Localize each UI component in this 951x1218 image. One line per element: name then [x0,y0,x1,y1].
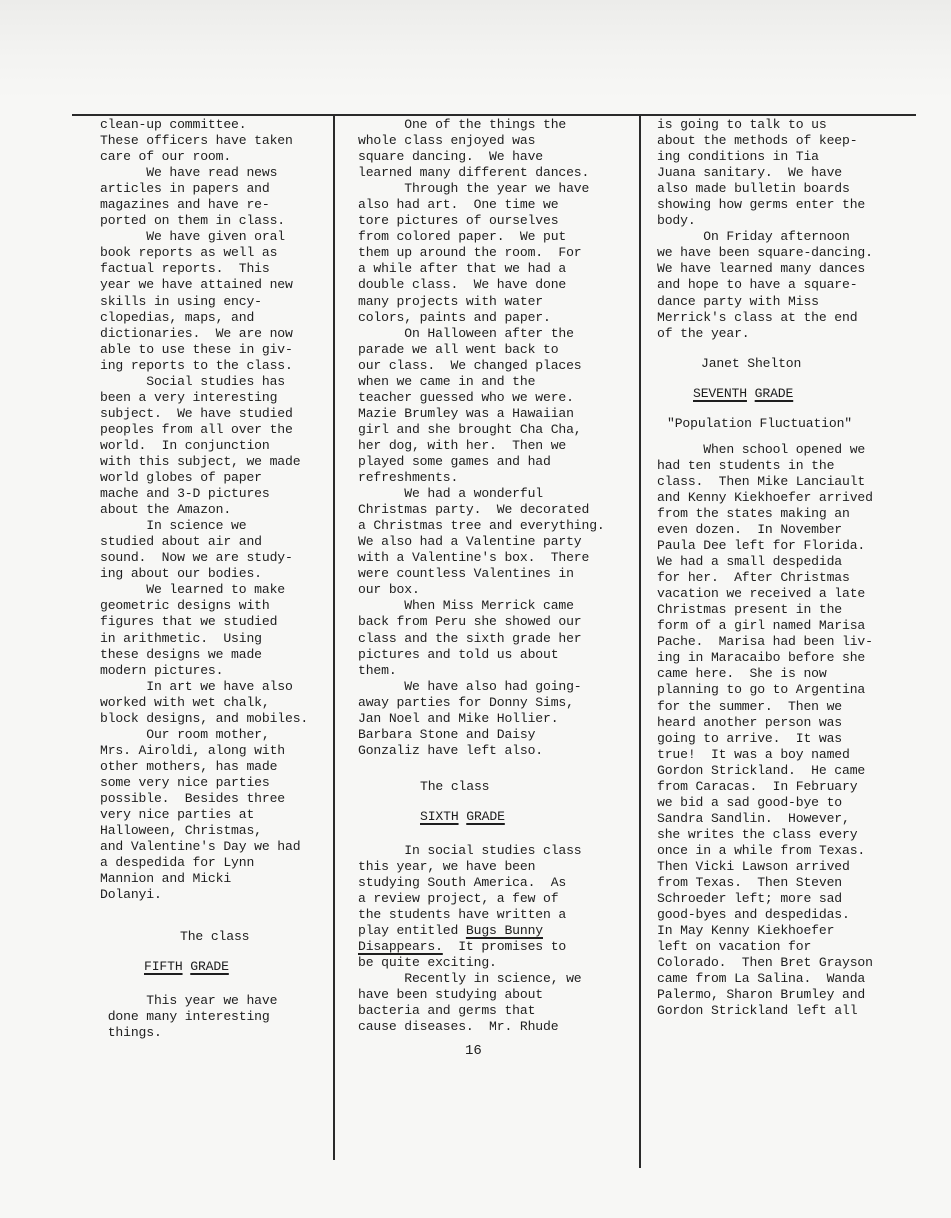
text-line: came from La Salina. Wanda [657,971,873,987]
play-title: Bugs Bunny [466,923,543,938]
text-line: of the year. [657,326,873,342]
text-line: have been studying about [358,987,605,1003]
section-heading: SIXTH GRADE [358,809,605,825]
text-line: We have read news [100,165,308,181]
text-line: ported on them in class. [100,213,308,229]
text-line: had ten students in the [657,458,873,474]
text-line: Sandra Sandlin. However, [657,811,873,827]
text-line: we have been square-dancing. [657,245,873,261]
text-line: Gonzaliz have left also. [358,743,605,759]
text-line: going to arrive. It was [657,731,873,747]
text-line: her dog, with her. Then we [358,438,605,454]
text-line: Paula Dee left for Florida. [657,538,873,554]
text-line: back from Peru she showed our [358,614,605,630]
text-line: double class. We have done [358,277,605,293]
text-line: In May Kenny Kiekhoefer [657,923,873,939]
text-line: pictures and told us about [358,647,605,663]
text-line: whole class enjoyed was [358,133,605,149]
text-line: from Caracas. In February [657,779,873,795]
text-line: Disappears. It promises to [358,939,605,955]
byline: The class [358,779,605,795]
text-line: also had art. One time we [358,197,605,213]
text-line: Schroeder left; more sad [657,891,873,907]
text-line: Dolanyi. [100,887,308,903]
text-line: studied about air and [100,534,308,550]
text-line: ing in Maracaibo before she [657,650,873,666]
text-line: these designs we made [100,647,308,663]
text-line: ing conditions in Tia [657,149,873,165]
text-line: subject. We have studied [100,406,308,422]
text-line: Mannion and Micki [100,871,308,887]
text-line: magazines and have re- [100,197,308,213]
text-line: Palermo, Sharon Brumley and [657,987,873,1003]
text-line: world. In conjunction [100,438,308,454]
text-line: from the states making an [657,506,873,522]
text-line: came here. She is now [657,666,873,682]
text-line: block designs, and mobiles. [100,711,308,727]
text-line: for her. After Christmas [657,570,873,586]
text-line: left on vacation for [657,939,873,955]
text-line: about the Amazon. [100,502,308,518]
text-line: this year, we have been [358,859,605,875]
text-line: and Kenny Kiekhoefer arrived [657,490,873,506]
text-line: colors, paints and paper. [358,310,605,326]
text-line: dance party with Miss [657,294,873,310]
text-line: able to use these in giv- [100,342,308,358]
text-line: tore pictures of ourselves [358,213,605,229]
text-line: We have learned many dances [657,261,873,277]
text-line: some very nice parties [100,775,308,791]
text-line: body. [657,213,873,229]
text-line: square dancing. We have [358,149,605,165]
text-line: Pache. Marisa had been liv- [657,634,873,650]
text-line: a while after that we had a [358,261,605,277]
text-line: These officers have taken [100,133,308,149]
text-line: heard another person was [657,715,873,731]
text-line: once in a while from Texas. [657,843,873,859]
byline: The class [100,929,308,945]
text-line: parade we all went back to [358,342,605,358]
text-line: We have given oral [100,229,308,245]
text-line: very nice parties at [100,807,308,823]
text-line: from colored paper. We put [358,229,605,245]
text-line: and Valentine's Day we had [100,839,308,855]
text-line: clean-up committee. [100,117,308,133]
text-line: planning to go to Argentina [657,682,873,698]
text-line: is going to talk to us [657,117,873,133]
text-line: articles in papers and [100,181,308,197]
text-line: We had a wonderful [358,486,605,502]
column-divider [639,115,641,1168]
text-line: good-byes and despedidas. [657,907,873,923]
text-line: Mazie Brumley was a Hawaiian [358,406,605,422]
text-line: Jan Noel and Mike Hollier. [358,711,605,727]
text-line: Barbara Stone and Daisy [358,727,605,743]
text-line: learned many different dances. [358,165,605,181]
text-line: a despedida for Lynn [100,855,308,871]
text-line: in arithmetic. Using [100,631,308,647]
text-line: be quite exciting. [358,955,605,971]
text-line: dictionaries. We are now [100,326,308,342]
text-line: clopedias, maps, and [100,310,308,326]
text-line: girl and she brought Cha Cha, [358,422,605,438]
text-line: year we have attained new [100,277,308,293]
text-line: things. [100,1025,308,1041]
text-line: a review project, a few of [358,891,605,907]
play-title: Disappears. [358,939,443,954]
text-line: We have also had going- [358,679,605,695]
text-line: even dozen. In November [657,522,873,538]
text-line: played some games and had [358,454,605,470]
text-line: Then Vicki Lawson arrived [657,859,873,875]
text-line: Gordon Strickland. He came [657,763,873,779]
article-subtitle: "Population Fluctuation" [657,416,873,432]
text-line: modern pictures. [100,663,308,679]
text-line: worked with wet chalk, [100,695,308,711]
text-line: Social studies has [100,374,308,390]
text-line: Colorado. Then Bret Grayson [657,955,873,971]
text-line: away parties for Donny Sims, [358,695,605,711]
text-line: bacteria and germs that [358,1003,605,1019]
text-line: Christmas party. We decorated [358,502,605,518]
text-line: she writes the class every [657,827,873,843]
text-line: class. Then Mike Lanciault [657,474,873,490]
text-line: been a very interesting [100,390,308,406]
text-line: about the methods of keep- [657,133,873,149]
column-3: is going to talk to usabout the methods … [657,117,873,1019]
text-line: This year we have [100,993,308,1009]
text-line: done many interesting [100,1009,308,1025]
text-line: a Christmas tree and everything. [358,518,605,534]
text-line: we bid a sad good-bye to [657,795,873,811]
text-line: them. [358,663,605,679]
text-line: In art we have also [100,679,308,695]
text-line: world globes of paper [100,470,308,486]
text-line: Christmas present in the [657,602,873,618]
text-line: We learned to make [100,582,308,598]
text-line: teacher guessed who we were. [358,390,605,406]
text-line: ing reports to the class. [100,358,308,374]
text-line: In social studies class [358,843,605,859]
text-line: book reports as well as [100,245,308,261]
text-line: our box. [358,582,605,598]
text-line: our class. We changed places [358,358,605,374]
text-line: vacation we received a late [657,586,873,602]
text-line: When school opened we [657,442,873,458]
text-line: factual reports. This [100,261,308,277]
text-line: Halloween, Christmas, [100,823,308,839]
text-line: refreshments. [358,470,605,486]
text-line: cause diseases. Mr. Rhude [358,1019,605,1035]
text-line: other mothers, has made [100,759,308,775]
text-line: In science we [100,518,308,534]
page-background [0,0,951,100]
column-1: clean-up committee.These officers have t… [100,117,308,1041]
byline: Janet Shelton [657,356,873,372]
text-line: with a Valentine's box. There [358,550,605,566]
text-line: mache and 3-D pictures [100,486,308,502]
text-line: the students have written a [358,907,605,923]
text-line: were countless Valentines in [358,566,605,582]
section-heading: SEVENTH GRADE [657,386,873,402]
text-line: from Texas. Then Steven [657,875,873,891]
text-line: Mrs. Airoldi, along with [100,743,308,759]
section-heading: FIFTH GRADE [100,959,308,975]
text-line: When Miss Merrick came [358,598,605,614]
text-line: On Halloween after the [358,326,605,342]
text-line: We also had a Valentine party [358,534,605,550]
text-line: Through the year we have [358,181,605,197]
text-line: Our room mother, [100,727,308,743]
text-line: We had a small despedida [657,554,873,570]
text-line: One of the things the [358,117,605,133]
column-divider [333,115,335,1160]
text-line: possible. Besides three [100,791,308,807]
text-line: for the summer. Then we [657,699,873,715]
text-line: many projects with water [358,294,605,310]
text-line: when we came in and the [358,374,605,390]
text-line: play entitled Bugs Bunny [358,923,605,939]
text-line: studying South America. As [358,875,605,891]
text-line: geometric designs with [100,598,308,614]
text-line: Juana sanitary. We have [657,165,873,181]
text-line: with this subject, we made [100,454,308,470]
text-line: sound. Now we are study- [100,550,308,566]
text-line: showing how germs enter the [657,197,873,213]
text-line: class and the sixth grade her [358,631,605,647]
text-line: Recently in science, we [358,971,605,987]
text-line: and hope to have a square- [657,277,873,293]
text-line: also made bulletin boards [657,181,873,197]
text-line: On Friday afternoon [657,229,873,245]
text-line: Gordon Strickland left all [657,1003,873,1019]
column-2: One of the things thewhole class enjoyed… [358,117,605,1035]
text-line: ing about our bodies. [100,566,308,582]
text-line: skills in using ency- [100,294,308,310]
text-line: peoples from all over the [100,422,308,438]
page-number: 16 [465,1043,482,1059]
top-rule [72,114,916,116]
text-line: figures that we studied [100,614,308,630]
text-line: care of our room. [100,149,308,165]
text-line: form of a girl named Marisa [657,618,873,634]
text-line: Merrick's class at the end [657,310,873,326]
text-line: them up around the room. For [358,245,605,261]
text-line: true! It was a boy named [657,747,873,763]
